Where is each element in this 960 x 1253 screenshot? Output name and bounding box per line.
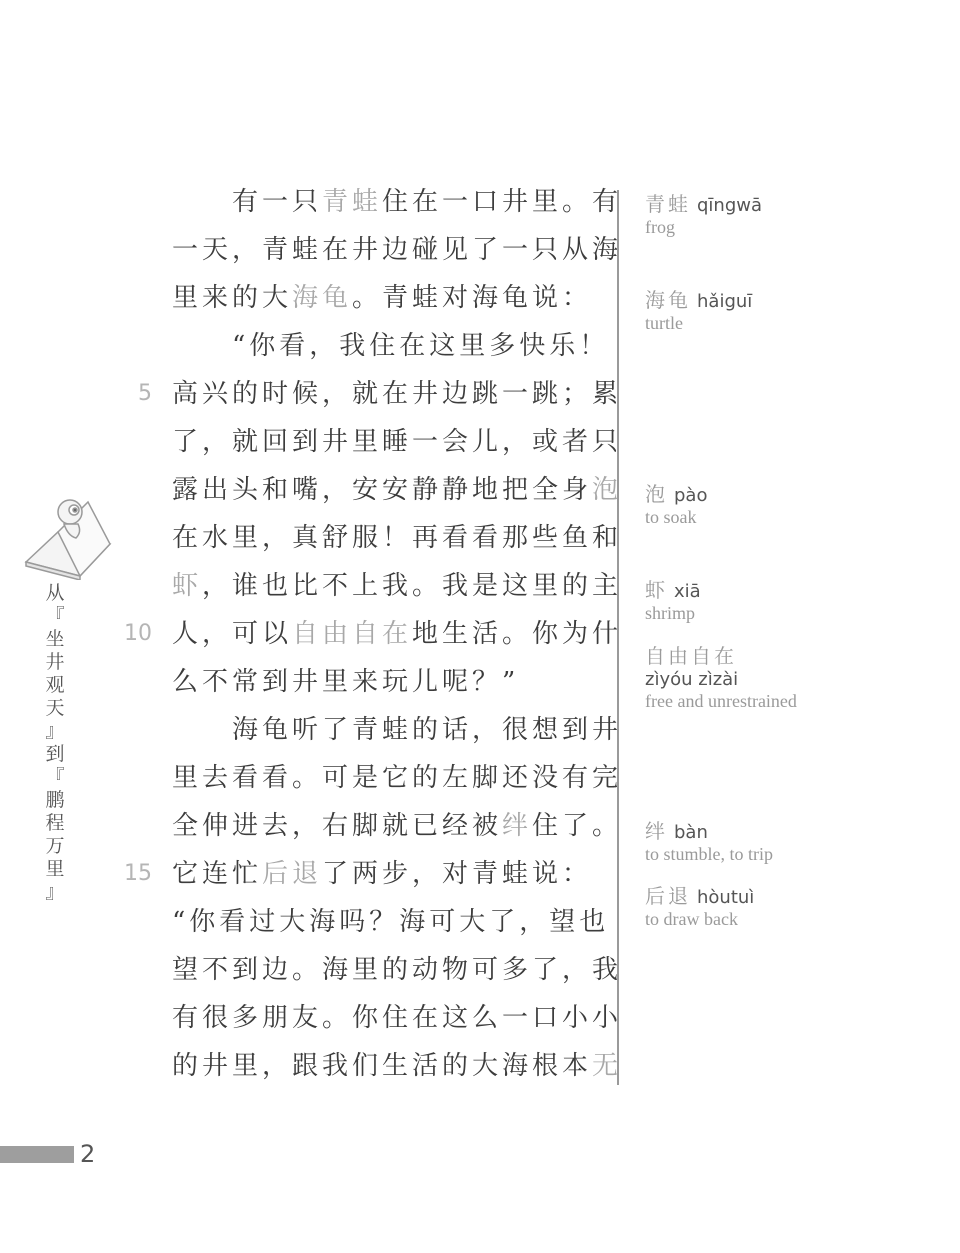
- side-title-char: 井: [40, 651, 70, 674]
- glossary-english: free and unrestrained: [645, 691, 797, 711]
- glossary-english: shrimp: [645, 603, 701, 623]
- passage-line: 一天，青蛙在井边碰见了一只从海: [172, 230, 622, 270]
- side-title-char: 』: [40, 720, 70, 743]
- text-segment: 人，可以: [172, 619, 292, 649]
- glossary-chinese: 绊: [645, 819, 668, 843]
- glossary-pinyin: bàn: [674, 822, 708, 843]
- text-segment: 有一只: [232, 187, 322, 217]
- passage-line: 它连忙后退了两步，对青蛙说：: [172, 854, 592, 894]
- glossary-chinese: 海龟: [645, 288, 691, 312]
- passage-line: 了，就回到井里睡一会儿，或者只: [172, 422, 622, 462]
- text-segment: “你看，我住在这里多快乐！: [232, 331, 609, 361]
- glossary-chinese: 后退: [645, 884, 691, 908]
- glossary-english: to stumble, to trip: [645, 844, 773, 864]
- text-segment: 里来的大: [172, 283, 292, 313]
- glossary-chinese: 青蛙: [645, 192, 691, 216]
- text-segment: 一天，青蛙在井边碰见了一只从海: [172, 235, 622, 265]
- side-title-char: 程: [40, 812, 70, 835]
- passage-line: 望不到边。海里的动物可多了，我: [172, 950, 622, 990]
- glossary-entry: 后退hòutuìto draw back: [645, 880, 754, 929]
- passage-line: 全伸进去，右脚就已经被绊住了。: [172, 806, 622, 846]
- text-segment: 的井里，跟我们生活的大海根本: [172, 1051, 592, 1081]
- glossary-entry: 自由自在zìyóu zìzàifree and unrestrained: [645, 640, 797, 711]
- text-segment: 有很多朋友。你住在这么一口小小: [172, 1003, 622, 1033]
- side-title-char: 天: [40, 697, 70, 720]
- line-number: 10: [112, 621, 152, 646]
- glossary-chinese: 泡: [645, 482, 668, 506]
- glossary-english: turtle: [645, 313, 752, 333]
- passage-line: 海龟听了青蛙的话，很想到井: [172, 710, 622, 750]
- passage-line: 有很多朋友。你住在这么一口小小: [172, 998, 622, 1038]
- side-title-char: 到: [40, 743, 70, 766]
- text-segment: 么不常到井里来玩儿呢？”: [172, 667, 519, 697]
- passage-line: 露出头和嘴，安安静静地把全身泡: [172, 470, 622, 510]
- passage-line: 里来的大海龟。青蛙对海龟说：: [172, 278, 592, 318]
- glossary-entry: 虾xiāshrimp: [645, 574, 701, 623]
- glossary-pinyin: zìyóu zìzài: [645, 669, 797, 691]
- passage-line: 高兴的时候，就在井边跳一跳；累: [172, 374, 622, 414]
- side-title-char: 』: [40, 881, 70, 904]
- vocab-highlight: 青蛙: [322, 187, 382, 217]
- column-divider: [617, 190, 619, 1085]
- text-segment: 高兴的时候，就在井边跳一跳；累: [172, 379, 622, 409]
- glossary-english: frog: [645, 217, 762, 237]
- vocab-highlight: 绊: [502, 811, 532, 841]
- glossary-chinese: 自由自在: [645, 644, 737, 668]
- passage-line: 的井里，跟我们生活的大海根本无: [172, 1046, 622, 1086]
- passage-line: 么不常到井里来玩儿呢？”: [172, 662, 519, 702]
- text-segment: ，谁也比不上我。我是这里的主: [202, 571, 622, 601]
- text-segment: 了，就回到井里睡一会儿，或者只: [172, 427, 622, 457]
- passage-line: 里去看看。可是它的左脚还没有完: [172, 758, 622, 798]
- glossary-english: to draw back: [645, 909, 754, 929]
- page-bar: [0, 1146, 74, 1163]
- side-title-char: 坐: [40, 628, 70, 651]
- vocab-highlight: 虾: [172, 571, 202, 601]
- passage-line: 虾，谁也比不上我。我是这里的主: [172, 566, 622, 606]
- text-segment: 。青蛙对海龟说：: [352, 283, 592, 313]
- glossary-english: to soak: [645, 507, 707, 527]
- side-title-char: 观: [40, 674, 70, 697]
- vocab-highlight: 自由自在: [292, 619, 412, 649]
- glossary-pinyin: xiā: [674, 581, 701, 602]
- page-number: 2: [80, 1140, 95, 1168]
- text-segment: 海龟听了青蛙的话，很想到井: [232, 715, 622, 745]
- line-number: 15: [112, 861, 152, 886]
- text-segment: “你看过大海吗？海可大了，望也: [172, 907, 609, 937]
- text-segment: 地生活。你为什: [412, 619, 622, 649]
- text-segment: 望不到边。海里的动物可多了，我: [172, 955, 622, 985]
- glossary-pinyin: pào: [674, 485, 707, 506]
- glossary-entry: 泡pàoto soak: [645, 478, 707, 527]
- chapter-side-title: 从『坐井观天』到『鹏程万里』: [40, 582, 70, 904]
- text-segment: 在水里，真舒服！再看看那些鱼和: [172, 523, 622, 553]
- text-segment: 住在一口井里。有: [382, 187, 622, 217]
- glossary-pinyin: hǎiguī: [697, 291, 752, 312]
- glossary-entry: 绊bànto stumble, to trip: [645, 815, 773, 864]
- line-number: 5: [112, 381, 152, 406]
- text-segment: 了两步，对青蛙说：: [322, 859, 592, 889]
- glossary-entry: 青蛙qīngwāfrog: [645, 188, 762, 237]
- side-title-char: 万: [40, 835, 70, 858]
- text-segment: 露出头和嘴，安安静静地把全身: [172, 475, 592, 505]
- side-title-char: 里: [40, 858, 70, 881]
- passage-line: 人，可以自由自在地生活。你为什: [172, 614, 622, 654]
- vocab-highlight: 海龟: [292, 283, 352, 313]
- text-segment: 住了。: [532, 811, 622, 841]
- glossary-pinyin: hòutuì: [697, 887, 754, 908]
- passage-line: 有一只青蛙住在一口井里。有: [172, 182, 622, 222]
- side-title-char: 『: [40, 766, 70, 789]
- glossary-entry: 海龟hǎiguīturtle: [645, 284, 752, 333]
- text-segment: 里去看看。可是它的左脚还没有完: [172, 763, 622, 793]
- vocab-highlight: 后退: [262, 859, 322, 889]
- text-segment: 它连忙: [172, 859, 262, 889]
- text-segment: 全伸进去，右脚就已经被: [172, 811, 502, 841]
- passage-line: 在水里，真舒服！再看看那些鱼和: [172, 518, 622, 558]
- glossary-pinyin: qīngwā: [697, 195, 762, 216]
- side-title-char: 鹏: [40, 789, 70, 812]
- side-title-char: 『: [40, 605, 70, 628]
- side-title-char: 从: [40, 582, 70, 605]
- glossary-chinese: 虾: [645, 578, 668, 602]
- passage-line: “你看过大海吗？海可大了，望也: [172, 902, 609, 942]
- passage-line: “你看，我住在这里多快乐！: [172, 326, 609, 366]
- mascot-reading-book-icon: [18, 492, 118, 580]
